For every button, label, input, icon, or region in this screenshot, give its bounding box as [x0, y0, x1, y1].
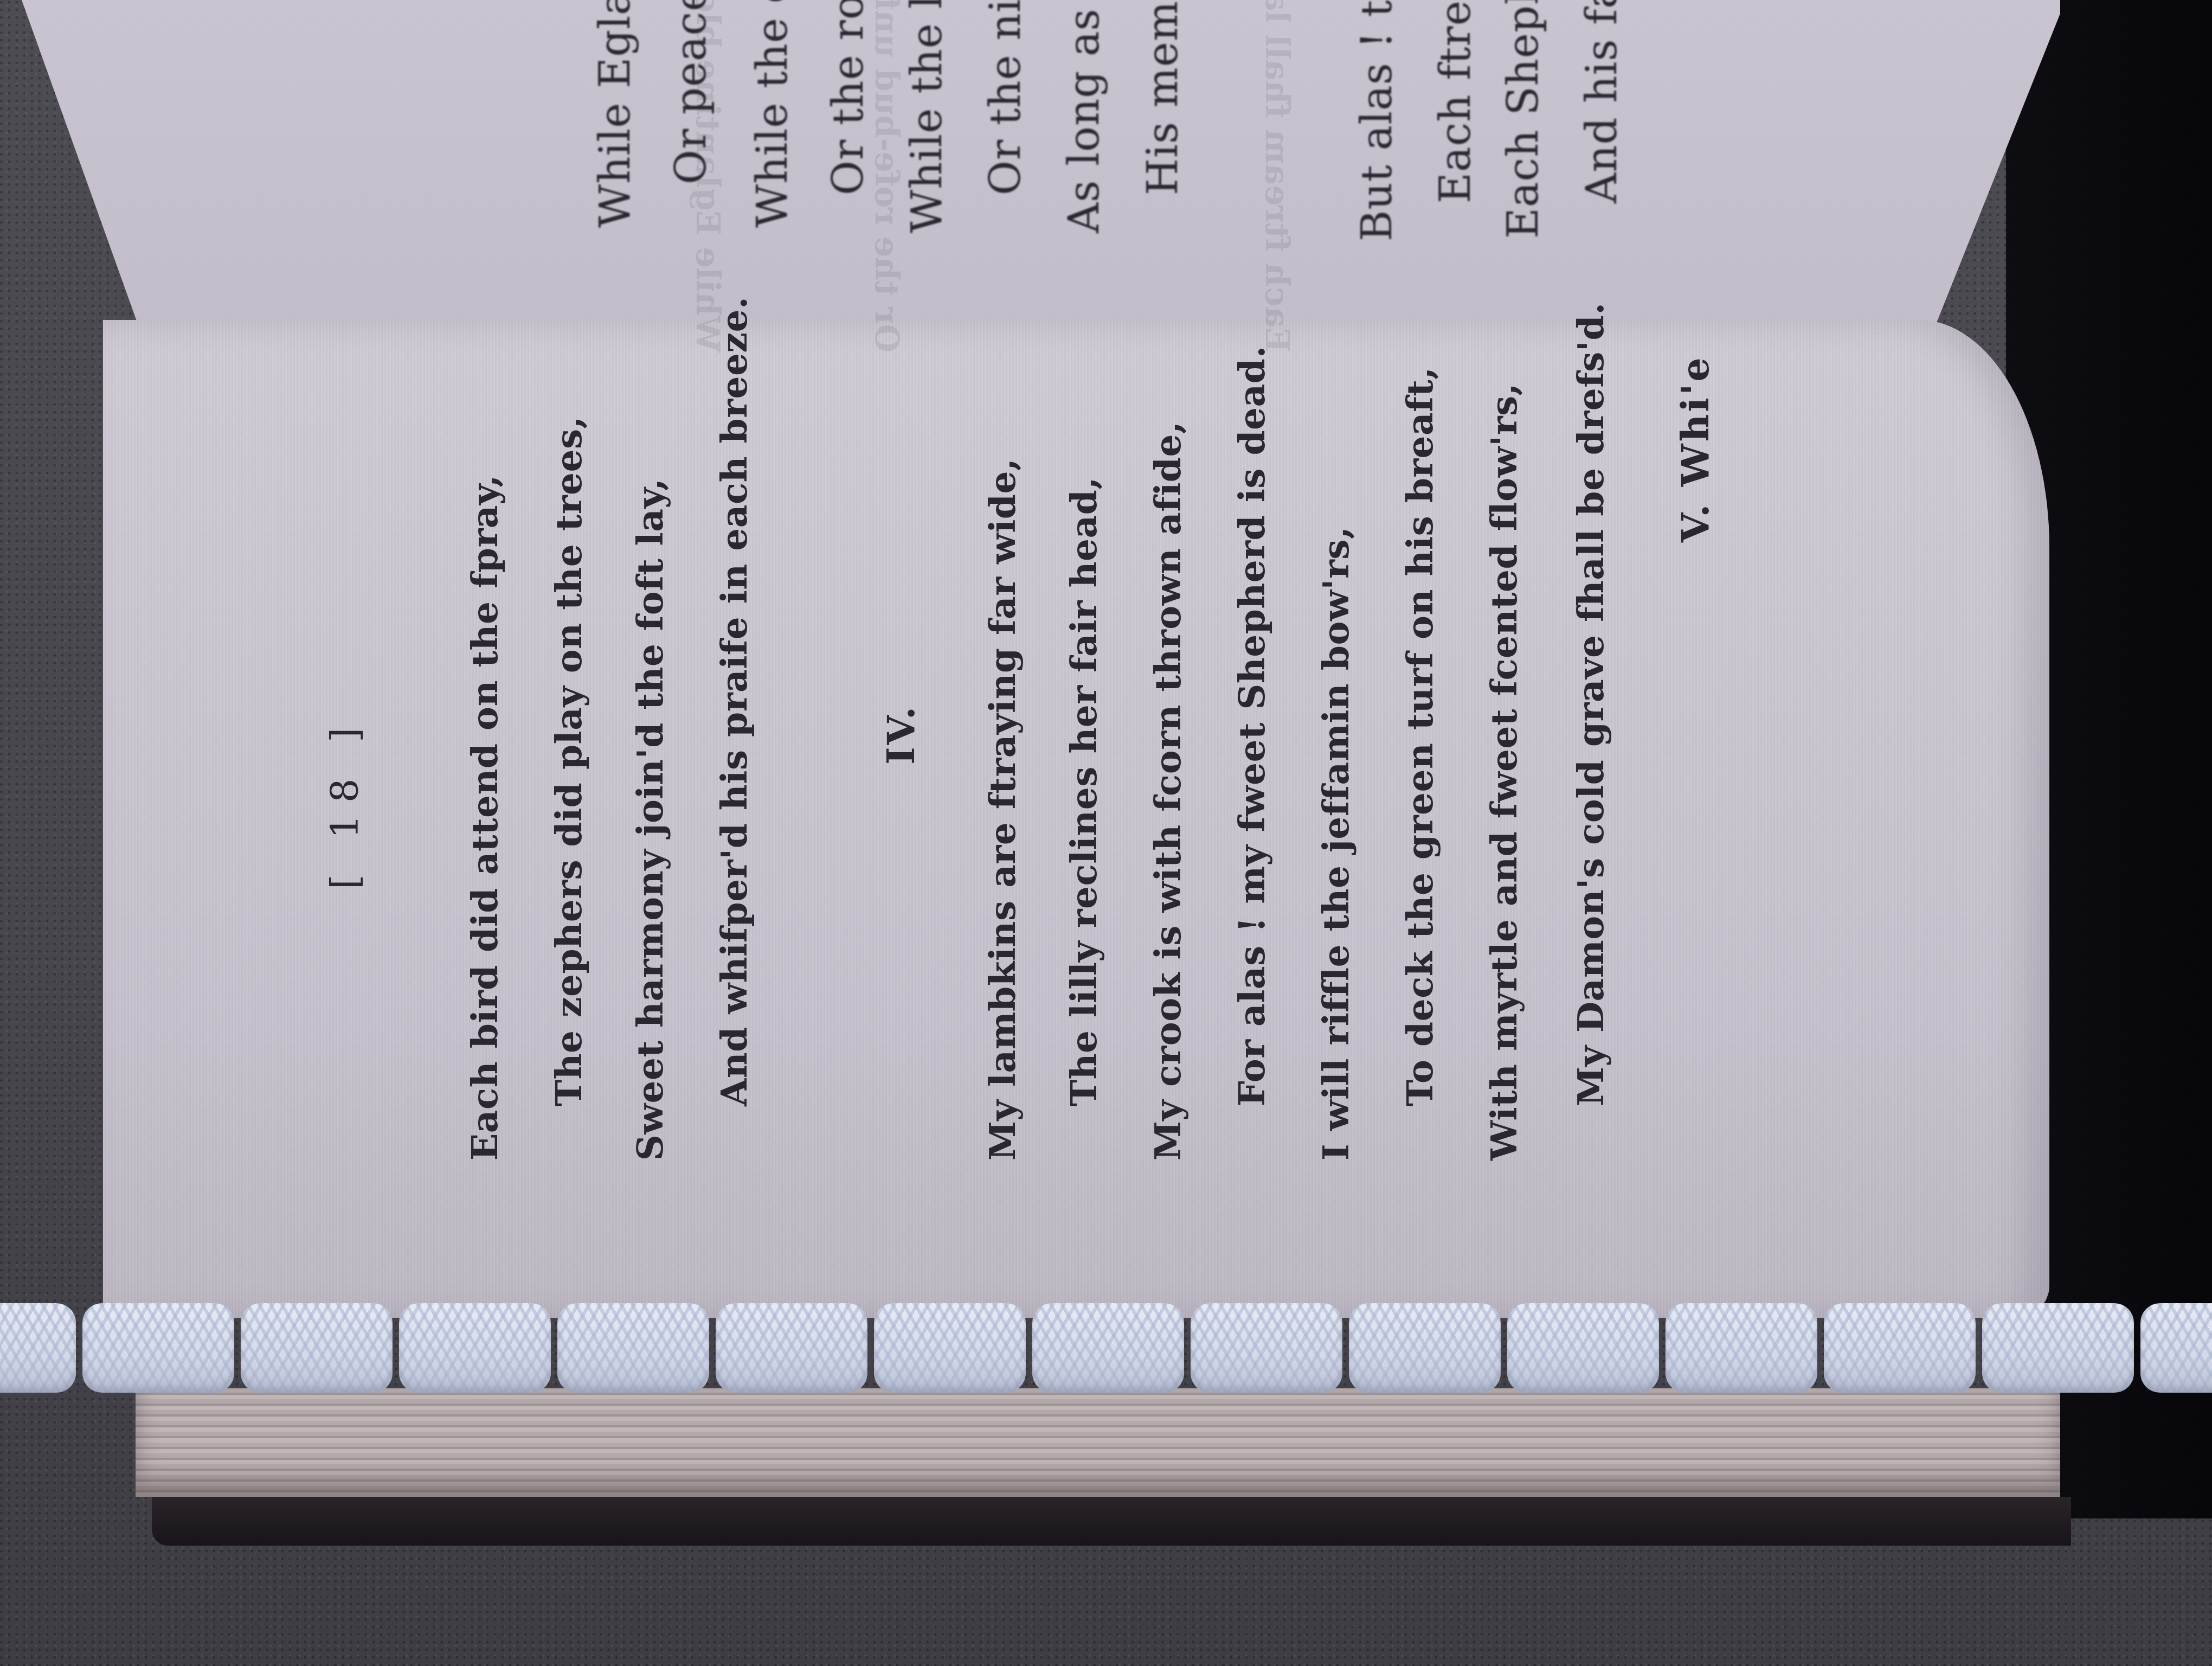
facing-line: Or the rofe — [824, 0, 873, 195]
facing-line: His memor — [1139, 0, 1187, 195]
page-edges — [136, 1388, 2060, 1497]
facing-page: While Eglan Or peace While the co Or the… — [0, 0, 2060, 336]
verse-line: To deck the green turf on his breaft, — [1399, 367, 1441, 1106]
verse-line: The zephers did play on the trees, — [548, 416, 590, 1106]
catchword: V. Whi'e — [1673, 355, 1718, 542]
stanza-heading: IV. — [878, 704, 923, 765]
verse-line: And whifper'd his praife in each breeze. — [713, 297, 755, 1106]
facing-line: Each Shepherd — [1499, 0, 1548, 239]
facing-line: Each ftream — [1431, 0, 1480, 203]
rope-segment — [716, 1303, 867, 1393]
rope-segment — [1824, 1303, 1976, 1393]
show-through-text: Each ftream fhall lament — [1258, 0, 1296, 353]
verse-line: For alas ! my fweet Shepherd is dead. — [1231, 345, 1273, 1106]
verse-line: My crook is with fcorn thrown afide, — [1147, 421, 1189, 1161]
facing-line: While Eglan — [591, 0, 640, 228]
verse-line: I will riffle the jeffamin bow'rs, — [1315, 527, 1357, 1161]
rope-segment — [874, 1303, 1026, 1393]
rope-segment — [557, 1303, 709, 1393]
facing-line: While the lar — [903, 0, 951, 233]
verse-line: Each bird did attend on the fpray, — [464, 475, 506, 1161]
rope-segment — [1349, 1303, 1501, 1393]
rope-segment — [241, 1303, 393, 1393]
verse-line: Sweet harmony join'd the foft lay, — [629, 478, 671, 1161]
book-cover-edge — [152, 1497, 2071, 1546]
rope-segment — [82, 1303, 234, 1393]
page-number: [ 18 ] — [323, 716, 367, 889]
verse-line: My Damon's cold grave fhall be drefs'd. — [1570, 302, 1612, 1106]
rope-segment — [1032, 1303, 1184, 1393]
verse-line: My lambkins are ftraying far wide, — [981, 458, 1024, 1161]
facing-line: As long as o — [1060, 0, 1109, 233]
verse-line: The lilly reclines her fair head, — [1063, 477, 1105, 1106]
rope-segment — [2140, 1303, 2212, 1393]
rope-segment — [0, 1303, 76, 1393]
verse-line: With myrtle and fweet fcented flow'rs, — [1483, 383, 1525, 1161]
facing-line: But alas ! the — [1353, 0, 1401, 241]
book-snake-weight — [0, 1299, 2212, 1396]
rope-segment — [1666, 1303, 1817, 1393]
rope-segment — [1507, 1303, 1659, 1393]
facing-line: Or the nig — [981, 0, 1030, 195]
show-through-text: Or the rofe-bud unfolds — [867, 0, 905, 353]
rope-segment — [1982, 1303, 2134, 1393]
rope-segment — [1191, 1303, 1342, 1393]
facing-line: And his fate — [1578, 0, 1626, 203]
facing-line: While the co — [748, 0, 797, 228]
rope-segment — [399, 1303, 551, 1393]
